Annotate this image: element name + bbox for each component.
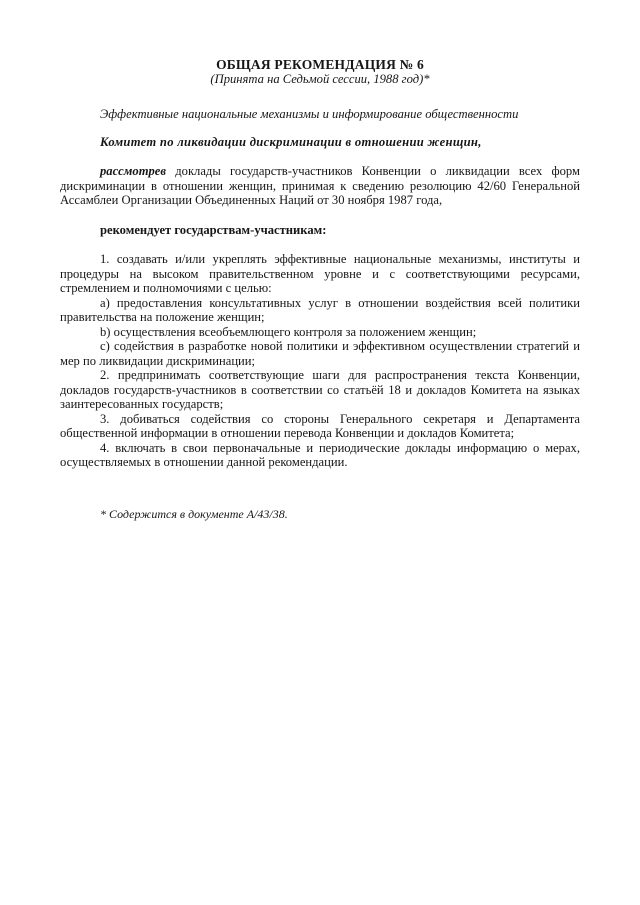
document-title: ОБЩАЯ РЕКОМЕНДАЦИЯ № 6 [60, 57, 580, 72]
recommendation-item-1a: a) предоставления консультативных услуг … [60, 296, 580, 325]
recommendation-item-1b: b) осуществления всеобъемлющего контроля… [60, 325, 580, 340]
document-page: ОБЩАЯ РЕКОМЕНДАЦИЯ № 6 (Принята на Седьм… [0, 0, 640, 905]
preamble-lead-word: рассмотрев [100, 164, 166, 178]
recommends-line: рекомендует государствам-участникам: [60, 223, 580, 238]
recommendation-list: 1. создавать и/или укреплять эффективные… [60, 252, 580, 470]
preamble-paragraph: рассмотрев доклады государств-участников… [60, 164, 580, 208]
recommendation-item-2: 2. предпринимать соответствующие шаги дл… [60, 368, 580, 412]
footnote: * Содержится в документе A/43/38. [60, 507, 580, 522]
document-subtitle: (Принята на Седьмой сессии, 1988 год)* [60, 72, 580, 86]
recommendation-item-3: 3. добиваться содействия со стороны Гене… [60, 412, 580, 441]
document-topic-line: Эффективные национальные механизмы и инф… [60, 107, 580, 122]
recommendation-item-1c: c) содействия в разработке новой политик… [60, 339, 580, 368]
committee-line: Комитет по ликвидации дискриминации в от… [60, 135, 580, 150]
recommendation-item-4: 4. включать в свои первоначальные и пери… [60, 441, 580, 470]
recommendation-item-1: 1. создавать и/или укреплять эффективные… [60, 252, 580, 296]
document-content: ОБЩАЯ РЕКОМЕНДАЦИЯ № 6 (Принята на Седьм… [0, 0, 640, 521]
